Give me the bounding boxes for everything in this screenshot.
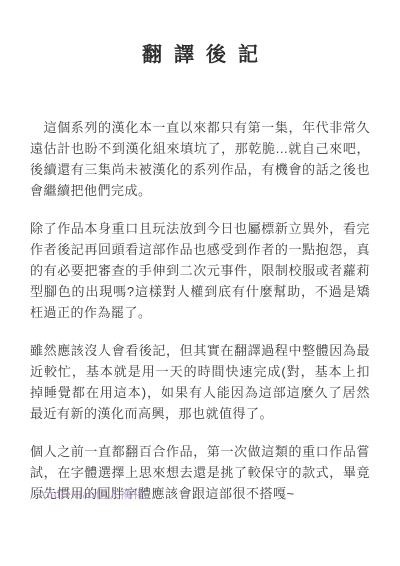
afterword-page: 翻譯後記 這個系列的漢化本一直以來都只有第一集，年代非常久遠估計也盼不到漢化組來… — [0, 0, 400, 566]
page-title: 翻譯後記 — [0, 0, 400, 67]
afterword-body: 這個系列的漢化本一直以來都只有第一集，年代非常久遠估計也盼不到漢化組來填坑了，那… — [30, 117, 370, 504]
paragraph-author-complaint: 除了作品本身重口且玩法放到今日也屬標新立異外，看完作者後記再回頭看這部作品也感受… — [30, 218, 370, 323]
paragraph-series-history: 這個系列的漢化本一直以來都只有第一集，年代非常久遠估計也盼不到漢化組來填坑了，那… — [30, 117, 370, 201]
translator-credit: Andrexiao個人漢化 — [38, 486, 146, 502]
paragraph-translation-process: 雖然應該沒人會看後記，但其實在翻譯過程中整體因為最近較忙，基本就是用一天的時間快… — [30, 340, 370, 424]
